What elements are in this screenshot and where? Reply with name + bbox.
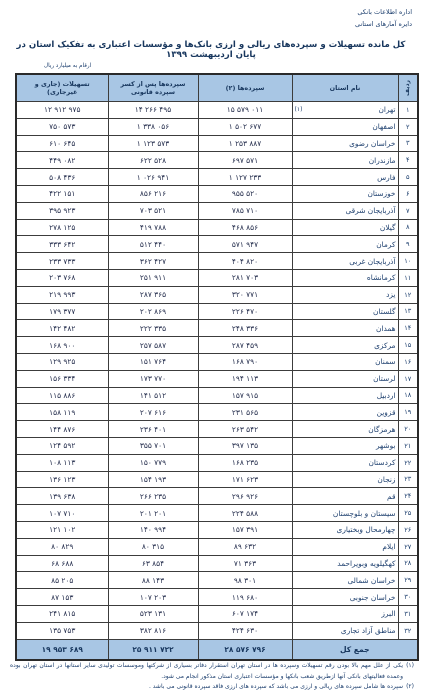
table-row: ۳ خراسان رضوی ۱ ۲۵۳ ۸۸۷ ۱ ۱۲۳ ۵۷۳ ۶۱۰ ۶۴… (16, 135, 418, 152)
deposits-cell: ۱ ۵۰۲ ۶۷۷ (198, 118, 292, 135)
deposits-after-reserve-cell: ۸۵۶ ۲۱۶ (108, 185, 198, 202)
footnotes: (۱) یکی از علل مهم بالا بودن رقم تسهیلات… (10, 661, 414, 693)
facilities-cell: ۱۳۶ ۱۲۳ (16, 471, 108, 488)
province-name: کهگیلویه وبویراحمد (337, 559, 395, 568)
province-cell: قزوین (292, 404, 398, 421)
total-deposits-after-reserve: ۲۵ ۹۱۱ ۷۲۲ (108, 639, 198, 660)
facilities-cell: ۱۵۶ ۳۳۴ (16, 370, 108, 387)
table-row: ۱۶ سمنان ۱۶۸ ۷۹۰ ۱۵۱ ۷۶۴ ۱۲۹ ۹۲۵ (16, 353, 418, 370)
province-name: زنجان (377, 475, 395, 484)
deposits-cell: ۹۸ ۳۰۱ (198, 572, 292, 589)
facilities-cell: ۱۱۵ ۸۸۶ (16, 387, 108, 404)
deposits-after-reserve-cell: ۵۲۳ ۱۳۱ (108, 605, 198, 622)
total-row: جمع کل ۲۸ ۵۷۶ ۷۹۶ ۲۵ ۹۱۱ ۷۲۲ ۱۹ ۹۵۳ ۶۸۹ (16, 639, 418, 660)
province-cell: سمنان (292, 353, 398, 370)
row-number-cell: ۵ (398, 169, 418, 186)
province-cell: کرمان (292, 236, 398, 253)
facilities-cell: ۳۳۳ ۶۴۲ (16, 236, 108, 253)
province-cell: کرمانشاه (292, 269, 398, 286)
deposits-cell: ۳۹۷ ۱۳۵ (198, 437, 292, 454)
deposits-after-reserve-cell: ۴۱۹ ۷۸۸ (108, 219, 198, 236)
table-row: ۳۰ خراسان جنوبی ۱۱۹ ۶۸۰ ۱۰۷ ۲۰۳ ۸۷ ۱۵۳ (16, 589, 418, 606)
table-row: ۱۳ گلستان ۲۲۶ ۴۷۰ ۲۰۲ ۸۶۹ ۱۷۹ ۳۷۷ (16, 303, 418, 320)
deposits-cell: ۱ ۲۵۳ ۸۸۷ (198, 135, 292, 152)
province-cell: خوزستان (292, 185, 398, 202)
facilities-cell: ۶۱۰ ۶۴۵ (16, 135, 108, 152)
table-row: ۲۹ خراسان شمالی ۹۸ ۳۰۱ ۸۸ ۱۴۳ ۸۵ ۲۰۵ (16, 572, 418, 589)
deposits-cell: ۱۶۸ ۲۳۵ (198, 454, 292, 471)
row-number-cell: ۱۷ (398, 370, 418, 387)
province-cell: همدان (292, 320, 398, 337)
province-cell: اصفهان (292, 118, 398, 135)
table-row: ۱۲ یزد ۳۲۰ ۷۷۱ ۲۸۷ ۳۶۵ ۲۱۹ ۹۹۳ (16, 286, 418, 303)
facilities-cell: ۱۳۹ ۶۳۸ (16, 488, 108, 505)
table-row: ۲۰ هرمزگان ۲۶۳ ۵۴۲ ۲۳۶ ۴۰۱ ۱۴۴ ۸۷۶ (16, 421, 418, 438)
facilities-cell: ۱۶۸ ۹۰۰ (16, 337, 108, 354)
deposits-cell: ۶۹۷ ۵۷۱ (198, 152, 292, 169)
province-cell: هرمزگان (292, 421, 398, 438)
table-header-row: ردیف نام استان سپرده‌ها (۲) سپرده‌ها پس … (16, 74, 418, 102)
province-name: یزد (386, 290, 395, 299)
agency-line-1: اداره اطلاعات بانکی (355, 7, 412, 19)
facilities-cell: ۱۰۸ ۱۱۳ (16, 454, 108, 471)
deposits-after-reserve-cell: ۲۰۲ ۸۶۹ (108, 303, 198, 320)
table-row: ۲۷ ایلام ۸۹ ۶۳۲ ۸۰ ۳۱۵ ۸۰ ۸۲۹ (16, 538, 418, 555)
deposits-after-reserve-cell: ۱۰۷ ۲۰۳ (108, 589, 198, 606)
row-number-cell: ۴ (398, 152, 418, 169)
facilities-cell: ۴۴۹ ۰۸۲ (16, 152, 108, 169)
province-name: خراسان رضوی (349, 139, 395, 148)
row-number-cell: ۱۵ (398, 337, 418, 354)
province-cell: البرز (292, 605, 398, 622)
deposits-after-reserve-cell: ۱۵۴ ۱۹۳ (108, 471, 198, 488)
province-cell: خراسان جنوبی (292, 589, 398, 606)
deposits-cell: ۱۷۱ ۶۲۳ (198, 471, 292, 488)
deposits-cell: ۲۴۸ ۳۳۶ (198, 320, 292, 337)
province-name: آذربایجان شرقی (345, 206, 395, 215)
province-name: ایلام (382, 542, 395, 551)
deposits-cell: ۱۶۸ ۷۹۰ (198, 353, 292, 370)
province-name: هرمزگان (368, 425, 395, 434)
row-number-cell: ۳ (398, 135, 418, 152)
row-number-cell: ۱۰ (398, 253, 418, 270)
province-cell: آذربایجان غربی (292, 253, 398, 270)
deposits-after-reserve-cell: ۳۶۲ ۴۲۷ (108, 253, 198, 270)
deposits-after-reserve-cell: ۱ ۰۲۶ ۹۴۱ (108, 169, 198, 186)
deposits-cell: ۲۸۷ ۴۵۹ (198, 337, 292, 354)
facilities-cell: ۱۳۵ ۷۵۳ (16, 622, 108, 639)
deposits-cell: ۶۰۷ ۱۷۴ (198, 605, 292, 622)
row-number-cell: ۲۶ (398, 521, 418, 538)
table-row: ۲۴ قم ۲۹۶ ۹۲۶ ۲۶۶ ۲۳۵ ۱۳۹ ۶۳۸ (16, 488, 418, 505)
row-number-cell: ۹ (398, 236, 418, 253)
table-row: ۳۱ البرز ۶۰۷ ۱۷۴ ۵۲۳ ۱۳۱ ۲۴۱ ۸۱۵ (16, 605, 418, 622)
province-cell: گلستان (292, 303, 398, 320)
deposits-cell: ۳۲۰ ۷۷۱ (198, 286, 292, 303)
table-row: ۸ گیلان ۴۶۸ ۸۵۶ ۴۱۹ ۷۸۸ ۲۷۸ ۱۲۵ (16, 219, 418, 236)
province-name: قم (387, 492, 395, 501)
province-cell: چهارمحال وبختیاری (292, 521, 398, 538)
province-cell: کهگیلویه وبویراحمد (292, 555, 398, 572)
row-number-cell: ۷ (398, 202, 418, 219)
deposits-cell: ۵۷۱ ۹۴۷ (198, 236, 292, 253)
facilities-cell: ۱۰۷ ۷۱۰ (16, 505, 108, 522)
facilities-cell: ۲۱۹ ۹۹۳ (16, 286, 108, 303)
deposits-after-reserve-cell: ۱۴۰ ۹۹۴ (108, 521, 198, 538)
deposits-cell: ۱۵۷ ۹۱۵ (198, 387, 292, 404)
row-number-cell: ۱۸ (398, 387, 418, 404)
province-name: کرمانشاه (367, 273, 396, 282)
row-number-cell: ۲۱ (398, 437, 418, 454)
deposits-cell: ۲۸۱ ۷۰۳ (198, 269, 292, 286)
table-row: ۶ خوزستان ۹۵۵ ۵۲۰ ۸۵۶ ۲۱۶ ۴۲۲ ۱۵۱ (16, 185, 418, 202)
table-row: ۲۳ زنجان ۱۷۱ ۶۲۳ ۱۵۴ ۱۹۳ ۱۳۶ ۱۲۳ (16, 471, 418, 488)
table-row: ۵ فارس ۱ ۱۲۷ ۲۳۳ ۱ ۰۲۶ ۹۴۱ ۵۰۸ ۴۳۶ (16, 169, 418, 186)
facilities-cell: ۳۹۵ ۹۲۳ (16, 202, 108, 219)
deposits-after-reserve-cell: ۲۸۷ ۳۶۵ (108, 286, 198, 303)
row-number-cell: ۱۴ (398, 320, 418, 337)
province-name: گلستان (373, 307, 395, 316)
province-cell: مازندران (292, 152, 398, 169)
row-number-cell: ۳۰ (398, 589, 418, 606)
province-cell: زنجان (292, 471, 398, 488)
facilities-cell: ۱۲۹ ۹۲۵ (16, 353, 108, 370)
province-cell: لرستان (292, 370, 398, 387)
deposits-after-reserve-cell: ۱۵۱ ۷۶۴ (108, 353, 198, 370)
province-name: خراسان جنوبی (350, 593, 396, 602)
facilities-cell: ۱۵۸ ۱۱۹ (16, 404, 108, 421)
table-row: ۲۶ چهارمحال وبختیاری ۱۵۷ ۳۹۱ ۱۴۰ ۹۹۴ ۱۲۱… (16, 521, 418, 538)
deposits-after-reserve-cell: ۷۰۳ ۵۲۱ (108, 202, 198, 219)
footnote-1-marker: (۱) (406, 661, 414, 672)
deposits-after-reserve-cell: ۲۵۷ ۵۸۷ (108, 337, 198, 354)
facilities-cell: ۲۰۳ ۷۶۸ (16, 269, 108, 286)
deposits-after-reserve-cell: ۱۷۳ ۷۷۰ (108, 370, 198, 387)
deposits-cell: ۲۲۴ ۵۸۸ (198, 505, 292, 522)
province-name: مازندران (369, 156, 396, 165)
province-cell: اردبیل (292, 387, 398, 404)
row-number-cell: ۱۱ (398, 269, 418, 286)
row-number-cell: ۱۹ (398, 404, 418, 421)
header-province: نام استان (292, 74, 398, 102)
facilities-cell: ۵۰۸ ۴۳۶ (16, 169, 108, 186)
province-name: تهران (378, 105, 395, 114)
province-name: مناطق آزاد تجاری (341, 626, 396, 635)
province-cell: مناطق آزاد تجاری (292, 622, 398, 639)
deposits-cell: ۷۸۵ ۷۱۰ (198, 202, 292, 219)
province-name: مرکزی (374, 341, 395, 350)
row-number-cell: ۶ (398, 185, 418, 202)
deposits-after-reserve-cell: ۲۰۷ ۶۱۶ (108, 404, 198, 421)
province-name: فارس (377, 173, 395, 182)
deposits-after-reserve-cell: ۱۴ ۲۶۶ ۴۹۵ (108, 102, 198, 119)
province-cell: یزد (292, 286, 398, 303)
table-row: ۳۲ مناطق آزاد تجاری ۴۲۴ ۶۳۰ ۳۸۲ ۸۱۶ ۱۳۵ … (16, 622, 418, 639)
province-cell: مرکزی (292, 337, 398, 354)
deposits-after-reserve-cell: ۱ ۱۲۳ ۵۷۳ (108, 135, 198, 152)
header-facilities: تسهیلات (جاری و غیرجاری) (16, 74, 108, 102)
facilities-cell: ۶۸ ۶۸۸ (16, 555, 108, 572)
facilities-cell: ۲۷۸ ۱۲۵ (16, 219, 108, 236)
province-cell: فارس (292, 169, 398, 186)
row-number-cell: ۱۳ (398, 303, 418, 320)
deposits-cell: ۱ ۱۲۷ ۲۳۳ (198, 169, 292, 186)
province-cell: سیستان و بلوچستان (292, 505, 398, 522)
row-number-cell: ۲۰ (398, 421, 418, 438)
province-name: کردستان (369, 458, 396, 467)
deposits-after-reserve-cell: ۲۰۱ ۲۰۱ (108, 505, 198, 522)
province-name: البرز (381, 609, 395, 618)
facilities-cell: ۷۵۰ ۵۷۳ (16, 118, 108, 135)
row-number-cell: ۱۶ (398, 353, 418, 370)
deposits-after-reserve-cell: ۶۲۲ ۵۲۸ (108, 152, 198, 169)
table-row: ۴ مازندران ۶۹۷ ۵۷۱ ۶۲۲ ۵۲۸ ۴۴۹ ۰۸۲ (16, 152, 418, 169)
deposits-after-reserve-cell: ۲۳۶ ۴۰۱ (108, 421, 198, 438)
province-name: بوشهر (376, 441, 396, 450)
deposits-cell: ۴۲۴ ۶۳۰ (198, 622, 292, 639)
deposits-cell: ۱۹۴ ۱۱۳ (198, 370, 292, 387)
deposits-cell: ۱۵ ۵۷۹ ۰۱۱ (198, 102, 292, 119)
footnote-1: (۱) یکی از علل مهم بالا بودن رقم تسهیلات… (10, 661, 414, 682)
province-cell: قم (292, 488, 398, 505)
table-row: ۲۸ کهگیلویه وبویراحمد ۷۱ ۳۶۳ ۶۳ ۸۵۴ ۶۸ ۶… (16, 555, 418, 572)
header-deposits-after-reserve: سپرده‌ها پس از کسر سپرده قانونی (108, 74, 198, 102)
table-row: ۱۱ کرمانشاه ۲۸۱ ۷۰۳ ۲۵۱ ۹۱۱ ۲۰۳ ۷۶۸ (16, 269, 418, 286)
province-cell: تهران (۱) (292, 102, 398, 119)
deposits-cell: ۲۶۳ ۵۴۲ (198, 421, 292, 438)
agency-line-2: دایره آمارهای استانی (355, 19, 412, 31)
row-number-cell: ۱ (398, 102, 418, 119)
table-body: ۱ تهران (۱) ۱۵ ۵۷۹ ۰۱۱ ۱۴ ۲۶۶ ۴۹۵ ۱۲ ۹۱۲… (16, 102, 418, 640)
deposits-after-reserve-cell: ۳۸۲ ۸۱۶ (108, 622, 198, 639)
province-cell: کردستان (292, 454, 398, 471)
facilities-cell: ۲۳۳ ۷۳۳ (16, 253, 108, 270)
row-number-cell: ۲ (398, 118, 418, 135)
deposits-cell: ۹۵۵ ۵۲۰ (198, 185, 292, 202)
facilities-cell: ۱۲۱ ۱۰۲ (16, 521, 108, 538)
table-row: ۷ آذربایجان شرقی ۷۸۵ ۷۱۰ ۷۰۳ ۵۲۱ ۳۹۵ ۹۲۳ (16, 202, 418, 219)
facilities-cell: ۲۴۱ ۸۱۵ (16, 605, 108, 622)
row-number-cell: ۲۲ (398, 454, 418, 471)
row-number-cell: ۲۷ (398, 538, 418, 555)
footnote-2: (۲) سپرده ها شامل سپرده های ریالی و ارزی… (10, 682, 414, 693)
province-name: قزوین (377, 408, 396, 417)
deposits-cell: ۱۵۷ ۳۹۱ (198, 521, 292, 538)
total-deposits: ۲۸ ۵۷۶ ۷۹۶ (198, 639, 292, 660)
footnote-2-text: سپرده ها شامل سپرده های ریالی و ارزی می … (10, 682, 403, 693)
facilities-cell: ۸۷ ۱۵۳ (16, 589, 108, 606)
deposits-after-reserve-cell: ۲۵۱ ۹۱۱ (108, 269, 198, 286)
deposits-cell: ۲۳۱ ۵۶۵ (198, 404, 292, 421)
facilities-cell: ۸۵ ۲۰۵ (16, 572, 108, 589)
province-name: همدان (376, 324, 396, 333)
deposits-after-reserve-cell: ۶۳ ۸۵۴ (108, 555, 198, 572)
province-cell: بوشهر (292, 437, 398, 454)
province-name: اردبیل (377, 391, 396, 400)
page-title: کل مانده تسهیلات و سپرده‌های ریالی و ارز… (6, 40, 416, 60)
province-footnote-marker: (۱) (295, 106, 303, 113)
row-number-cell: ۸ (398, 219, 418, 236)
facilities-cell: ۱۴۲ ۴۸۲ (16, 320, 108, 337)
table-row: ۱۸ اردبیل ۱۵۷ ۹۱۵ ۱۴۱ ۵۱۲ ۱۱۵ ۸۸۶ (16, 387, 418, 404)
province-name: چهارمحال وبختیاری (337, 525, 396, 534)
deposits-after-reserve-cell: ۲۶۶ ۲۳۵ (108, 488, 198, 505)
deposits-cell: ۲۲۶ ۴۷۰ (198, 303, 292, 320)
province-cell: ایلام (292, 538, 398, 555)
table-row: ۲۱ بوشهر ۳۹۷ ۱۳۵ ۳۵۵ ۷۰۱ ۱۲۴ ۵۹۲ (16, 437, 418, 454)
facilities-cell: ۴۲۲ ۱۵۱ (16, 185, 108, 202)
deposits-after-reserve-cell: ۳۵۵ ۷۰۱ (108, 437, 198, 454)
province-name: اصفهان (372, 122, 395, 131)
facilities-cell: ۸۰ ۸۲۹ (16, 538, 108, 555)
total-label: جمع کل (292, 639, 418, 660)
table-row: ۹ کرمان ۵۷۱ ۹۴۷ ۵۱۲ ۴۴۰ ۳۳۳ ۶۴۲ (16, 236, 418, 253)
deposits-after-reserve-cell: ۸۸ ۱۴۳ (108, 572, 198, 589)
province-name: لرستان (373, 374, 395, 383)
row-number-cell: ۲۸ (398, 555, 418, 572)
table-row: ۱۹ قزوین ۲۳۱ ۵۶۵ ۲۰۷ ۶۱۶ ۱۵۸ ۱۱۹ (16, 404, 418, 421)
row-number-cell: ۳۱ (398, 605, 418, 622)
province-name: خوزستان (367, 189, 395, 198)
document-page: اداره اطلاعات بانکی دایره آمارهای استانی… (0, 0, 422, 695)
deposits-cell: ۲۹۶ ۹۲۶ (198, 488, 292, 505)
deposits-after-reserve-cell: ۲۲۲ ۳۳۵ (108, 320, 198, 337)
province-name: آذربایجان غربی (349, 257, 395, 266)
unit-note: ارقام به میلیارد ریال (44, 63, 91, 69)
total-facilities: ۱۹ ۹۵۳ ۶۸۹ (16, 639, 108, 660)
header-row-number: ردیف (398, 74, 418, 102)
facilities-cell: ۱۲ ۹۱۲ ۹۷۵ (16, 102, 108, 119)
deposits-cell: ۸۹ ۶۳۲ (198, 538, 292, 555)
row-number-cell: ۲۳ (398, 471, 418, 488)
deposits-after-reserve-cell: ۵۱۲ ۴۴۰ (108, 236, 198, 253)
deposits-after-reserve-cell: ۱۴۱ ۵۱۲ (108, 387, 198, 404)
province-name: سمنان (375, 357, 395, 366)
deposits-cell: ۷۱ ۳۶۳ (198, 555, 292, 572)
deposits-cell: ۴۶۸ ۸۵۶ (198, 219, 292, 236)
table-row: ۲۲ کردستان ۱۶۸ ۲۳۵ ۱۵۰ ۷۷۹ ۱۰۸ ۱۱۳ (16, 454, 418, 471)
province-cell: خراسان رضوی (292, 135, 398, 152)
province-cell: آذربایجان شرقی (292, 202, 398, 219)
table-row: ۲ اصفهان ۱ ۵۰۲ ۶۷۷ ۱ ۳۳۸ ۰۵۶ ۷۵۰ ۵۷۳ (16, 118, 418, 135)
deposits-after-reserve-cell: ۸۰ ۳۱۵ (108, 538, 198, 555)
facilities-cell: ۱۲۴ ۵۹۲ (16, 437, 108, 454)
row-number-cell: ۲۵ (398, 505, 418, 522)
province-name: سیستان و بلوچستان (333, 509, 396, 518)
deposits-cell: ۱۱۹ ۶۸۰ (198, 589, 292, 606)
deposits-cell: ۴۰۴ ۸۲۰ (198, 253, 292, 270)
table-row: ۱۴ همدان ۲۴۸ ۳۳۶ ۲۲۲ ۳۳۵ ۱۴۲ ۴۸۲ (16, 320, 418, 337)
deposits-after-reserve-cell: ۱۵۰ ۷۷۹ (108, 454, 198, 471)
table-row: ۱۰ آذربایجان غربی ۴۰۴ ۸۲۰ ۳۶۲ ۴۲۷ ۲۳۳ ۷۳… (16, 253, 418, 270)
footnote-1-text: یکی از علل مهم بالا بودن رقم تسهیلات وسپ… (10, 661, 403, 682)
agency-header: اداره اطلاعات بانکی دایره آمارهای استانی (355, 7, 412, 30)
table-row: ۱ تهران (۱) ۱۵ ۵۷۹ ۰۱۱ ۱۴ ۲۶۶ ۴۹۵ ۱۲ ۹۱۲… (16, 102, 418, 119)
facilities-cell: ۱۴۴ ۸۷۶ (16, 421, 108, 438)
deposits-after-reserve-cell: ۱ ۳۳۸ ۰۵۶ (108, 118, 198, 135)
row-number-cell: ۳۲ (398, 622, 418, 639)
table-row: ۱۵ مرکزی ۲۸۷ ۴۵۹ ۲۵۷ ۵۸۷ ۱۶۸ ۹۰۰ (16, 337, 418, 354)
row-number-cell: ۲۹ (398, 572, 418, 589)
province-cell: گیلان (292, 219, 398, 236)
table-row: ۱۷ لرستان ۱۹۴ ۱۱۳ ۱۷۳ ۷۷۰ ۱۵۶ ۳۳۴ (16, 370, 418, 387)
facilities-cell: ۱۷۹ ۳۷۷ (16, 303, 108, 320)
table-row: ۲۵ سیستان و بلوچستان ۲۲۴ ۵۸۸ ۲۰۱ ۲۰۱ ۱۰۷… (16, 505, 418, 522)
row-number-cell: ۲۴ (398, 488, 418, 505)
province-name: خراسان شمالی (347, 576, 395, 585)
header-deposits: سپرده‌ها (۲) (198, 74, 292, 102)
footnote-2-marker: (۲) (406, 682, 414, 693)
row-number-cell: ۱۲ (398, 286, 418, 303)
province-name: گیلان (380, 223, 396, 232)
province-deposits-table: ردیف نام استان سپرده‌ها (۲) سپرده‌ها پس … (15, 73, 419, 661)
province-name: کرمان (376, 240, 395, 249)
province-cell: خراسان شمالی (292, 572, 398, 589)
